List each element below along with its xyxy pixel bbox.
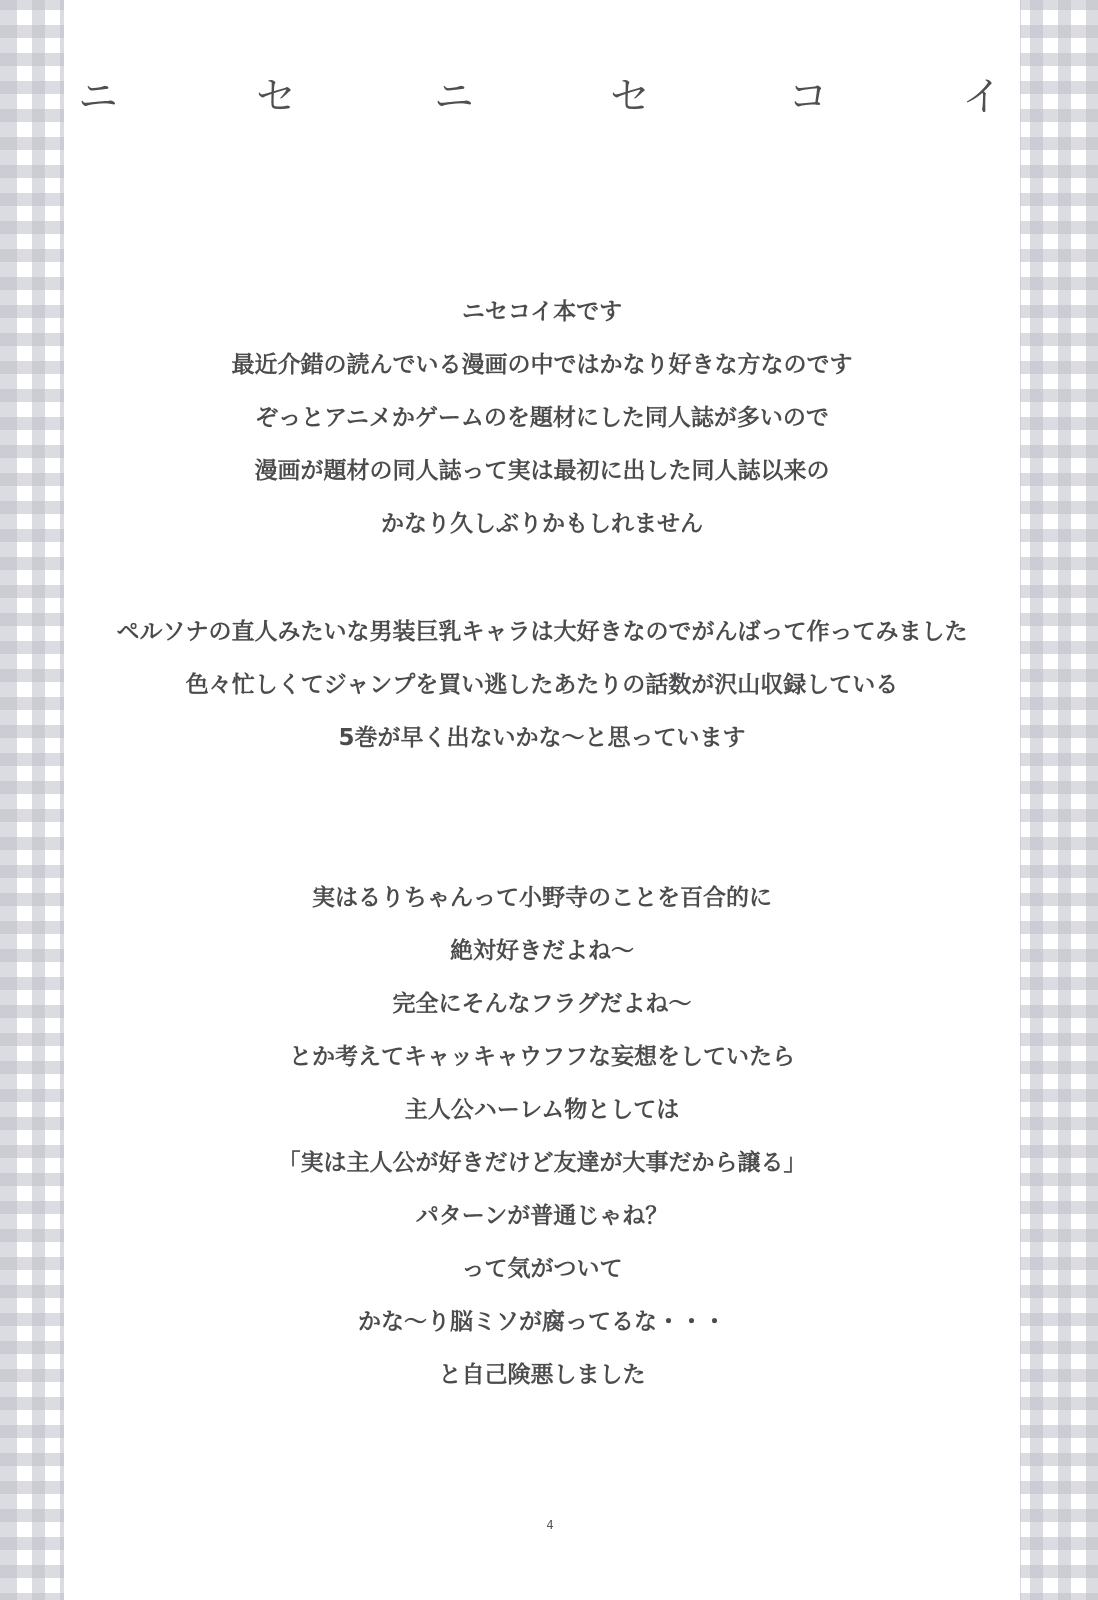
text-line: 色々忙しくてジャンプを買い逃したあたりの話数が沢山収録している — [64, 670, 1020, 700]
title-char: ニ — [78, 72, 118, 122]
title-char: ニ — [434, 72, 474, 122]
text-line: ペルソナの直人みたいな男装巨乳キャラは大好きなのでがんばって作ってみました — [64, 617, 1020, 647]
title-char: コ — [788, 72, 828, 122]
text-line: 主人公ハーレム物としては — [64, 1095, 1020, 1125]
title-char: セ — [256, 72, 296, 122]
text-line: と自己険悪しました — [64, 1360, 1020, 1390]
page-title: ニ セ ニ セ コ イ — [78, 72, 1008, 122]
text-line: かな〜り脳ミソが腐ってるな・・・ — [64, 1307, 1020, 1337]
text-line: 絶対好きだよね〜 — [64, 936, 1020, 966]
text-line: 最近介錯の読んでいる漫画の中ではかなり好きな方なのです — [64, 350, 1020, 380]
text-line: ぞっとアニメかゲームのを題材にした同人誌が多いので — [64, 403, 1020, 433]
text-line: パターンが普通じゃね？ — [64, 1201, 1020, 1231]
text-line: とか考えてキャッキャウフフな妄想をしていたら — [64, 1042, 1020, 1072]
title-char: イ — [962, 72, 1002, 122]
text-line: 5巻が早く出ないかな〜と思っています — [64, 723, 1020, 753]
left-gingham-border — [0, 0, 64, 1600]
text-line: 完全にそんなフラグだよね〜 — [64, 989, 1020, 1019]
page-number: 4 — [540, 1518, 560, 1532]
text-line: 「実は主人公が好きだけど友達が大事だから譲る」 — [64, 1148, 1020, 1178]
right-gingham-border — [1020, 0, 1098, 1600]
text-line: って気がついて — [64, 1254, 1020, 1284]
title-char: セ — [610, 72, 650, 122]
text-line: かなり久しぶりかもしれません — [64, 509, 1020, 539]
text-line: 実はるりちゃんって小野寺のことを百合的に — [64, 883, 1020, 913]
text-line: ニセコイ本です — [64, 297, 1020, 327]
text-line: 漫画が題材の同人誌って実は最初に出した同人誌以来の — [64, 456, 1020, 486]
